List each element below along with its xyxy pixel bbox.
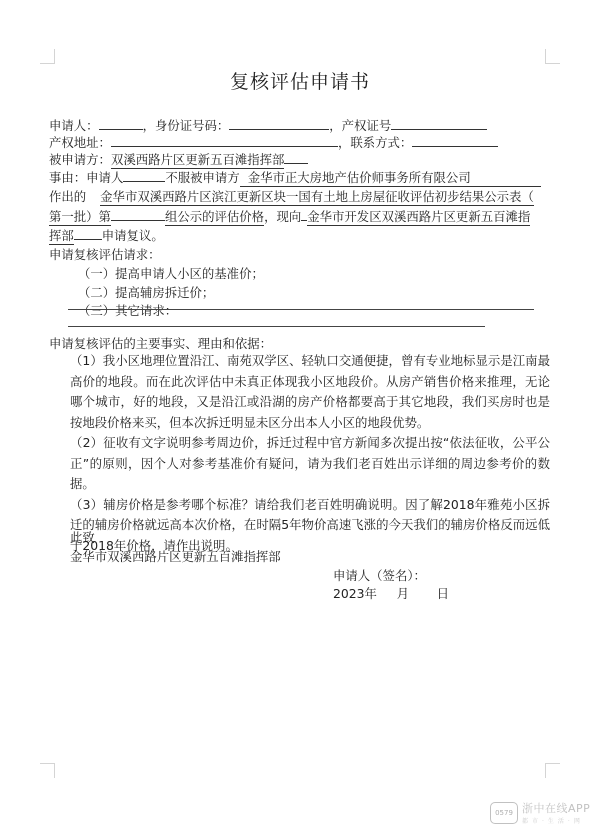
fact-paragraph-2: （2）征收有文字说明参考周边价，拆迁过程中官方新闻多次提出按“依法征收，公平公正… [70, 433, 550, 495]
property-cert-label: ，产权证号 [329, 118, 391, 133]
contact-blank[interactable] [412, 133, 498, 147]
property-address-label: 产权地址： [49, 135, 111, 150]
recipient: 金华市双溪西路片区更新五百滩指挥部 [70, 547, 281, 566]
reason-row-2: 作出的金华市双溪西路片区滨江更新区块一国有土地上房屋征收评估初步结果公示表（ [49, 187, 534, 206]
fact-paragraph-1: （1）我小区地理位置沿江、南苑双学区、轻轨口交通便捷，曾有专业地标显示是江南最高… [70, 351, 550, 433]
group-text: 组公示的评估价格 [165, 209, 264, 226]
review-target-part1: 金华市开发区双溪西路片区更新五百滩指 [307, 209, 530, 226]
watermark-name: 浙中在线APP [522, 800, 590, 816]
respondent-label: 被申请方： [49, 152, 111, 167]
now-to: ，现向 [264, 209, 301, 224]
other-request-line-2[interactable] [68, 326, 485, 327]
publication-title-part1: 金华市双溪西路片区滨江更新区块一国有土地上房屋征收评估初步结果公示表（ [100, 189, 534, 206]
watermark-sub: 都市·生活·网 [522, 816, 590, 825]
id-label: ，身份证号码： [143, 118, 230, 133]
reason-row-4: 挥部申请复议。 [49, 226, 164, 245]
facts-body: （1）我小区地理位置沿江、南苑双学区、轻轨口交通便捷，曾有专业地标显示是江南最高… [70, 351, 550, 556]
document-title: 复核评估申请书 [0, 67, 600, 94]
appraiser-name: 金华市正大房地产估价师事务所有限公司 [240, 170, 541, 187]
review-target-part2: 挥部 [49, 228, 74, 245]
contact-label: ，联系方式： [338, 135, 412, 150]
review-target-blank [74, 226, 102, 240]
corner-mark-bottom-left [40, 763, 55, 778]
signature-label: 申请人（签名）： [333, 566, 426, 585]
group-number-blank[interactable] [111, 207, 165, 221]
request-item-1: （一）提高申请人小区的基准价； [78, 264, 264, 283]
request-item-2: （二）提高辅房拆迁价； [78, 283, 214, 302]
reason-not-accept: 不服被申请方 [165, 170, 239, 185]
app-logo-icon: 0579 [490, 802, 518, 824]
corner-mark-bottom-right [545, 763, 560, 778]
respondent-value: 双溪西路片区更新五百滩指挥部 [111, 152, 284, 169]
reason-label: 事由：申请人 [49, 170, 123, 185]
applicant-label: 申请人： [49, 118, 99, 133]
applicant-blank[interactable] [99, 116, 143, 130]
property-address-blank[interactable] [111, 133, 338, 147]
request-item-3: （三）其它请求： [78, 301, 177, 320]
app-watermark: 0579 浙中在线APP 都市·生活·网 [490, 800, 590, 825]
requests-heading: 申请复核评估请求： [49, 245, 161, 264]
property-cert-blank[interactable] [391, 116, 487, 130]
reason-applicant-blank[interactable] [123, 168, 165, 182]
made-by: 作出的 [49, 189, 86, 204]
id-number-blank[interactable] [229, 116, 329, 130]
publication-title-part2: 第一批）第 [49, 209, 111, 226]
corner-mark-top-right [545, 49, 560, 64]
corner-mark-top-left [40, 49, 55, 64]
respondent-blank [284, 150, 308, 164]
reason-row-1: 事由：申请人不服被申请方金华市正大房地产估价师事务所有限公司 [49, 168, 541, 187]
apply-review: 申请复议。 [102, 228, 164, 243]
signature-date: 2023年 月 日 [333, 584, 449, 603]
other-request-line-1[interactable] [68, 309, 534, 310]
reason-row-3: 第一批）第组公示的评估价格，现向金华市开发区双溪西路片区更新五百滩指 [49, 207, 530, 226]
salutation: 此致 [70, 528, 95, 547]
respondent-row: 被申请方：双溪西路片区更新五百滩指挥部 [49, 150, 308, 169]
